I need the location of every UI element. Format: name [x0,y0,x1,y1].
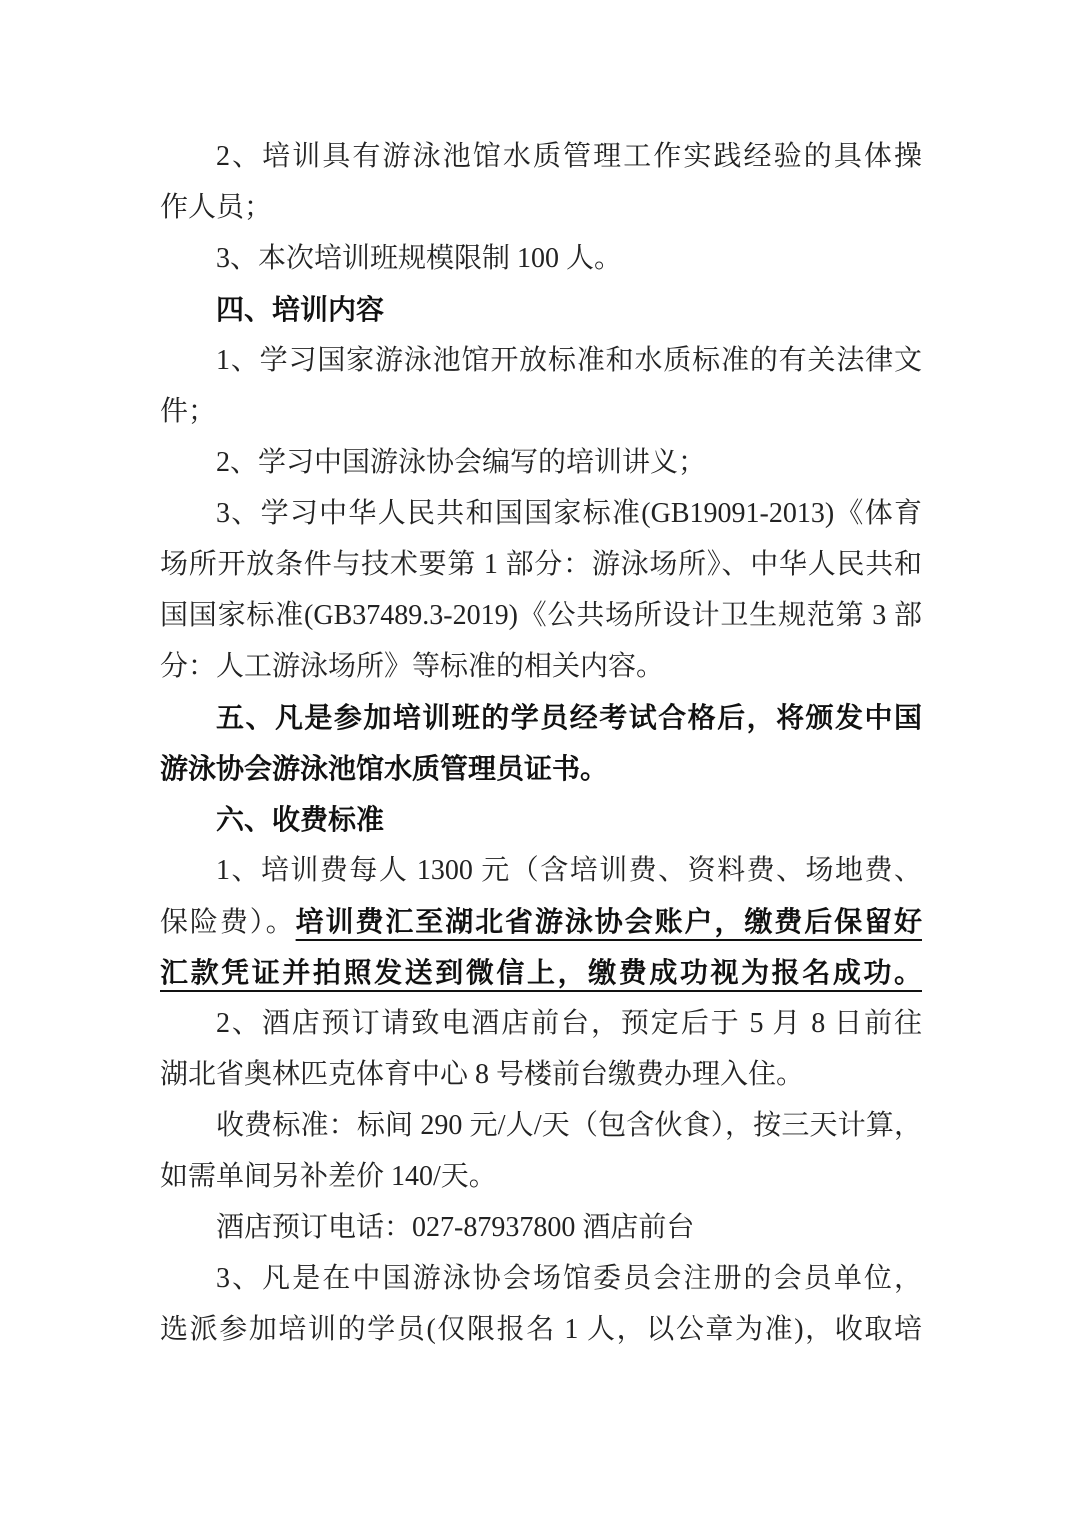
text-segment: 保险费）。 [160,907,296,938]
section-heading-training-content: 四、培训内容 [160,284,922,335]
text-line: 3、学习中华人民共和国国家标准(GB19091-2013)《体育 [160,488,922,539]
text-line: 选派参加培训的学员(仅限报名 1 人，以公章为准)，收取培 [160,1304,922,1355]
document-page: 2、培训具有游泳池馆水质管理工作实践经验的具体操作人员；3、本次培训班规模限制 … [160,131,922,1355]
text-line: 收费标准：标间 290 元/人/天（包含伙食），按三天计算， [160,1100,922,1151]
text-line: 保险费）。培训费汇至湖北省游泳协会账户，缴费后保留好 [160,896,922,947]
text-line: 件； [160,386,922,437]
text-segment: 分：人工游泳场所》等标准的相关内容。 [160,651,664,682]
text-segment: 2、学习中国游泳协会编写的培训讲义； [216,447,706,478]
text-line: 2、酒店预订请致电酒店前台，预定后于 5 月 8 日前往 [160,998,922,1049]
text-segment: 2、培训具有游泳池馆水质管理工作实践经验的具体操 [216,141,922,172]
text-line: 如需单间另补差价 140/天。 [160,1151,922,1202]
text-segment: 3、本次培训班规模限制 100 人。 [216,243,622,274]
text-line: 国国家标准(GB37489.3-2019)《公共场所设计卫生规范第 3 部 [160,590,922,641]
text-segment: 如需单间另补差价 140/天。 [160,1161,497,1192]
text-line: 湖北省奥林匹克体育中心 8 号楼前台缴费办理入住。 [160,1049,922,1100]
text-segment: 国国家标准(GB37489.3-2019)《公共场所设计卫生规范第 3 部 [160,600,922,631]
text-segment: 收费标准：标间 290 元/人/天（包含伙食），按三天计算， [216,1110,922,1141]
text-segment: 选派参加培训的学员(仅限报名 1 人，以公章为准)，收取培 [160,1314,922,1345]
text-line: 2、学习中国游泳协会编写的培训讲义； [160,437,922,488]
text-line: 1、学习国家游泳池馆开放标准和水质标准的有关法律文 [160,335,922,386]
text-line: 3、凡是在中国游泳协会场馆委员会注册的会员单位， [160,1253,922,1304]
underlined-emphasis-text: 培训费汇至湖北省游泳协会账户，缴费后保留好 [296,906,922,937]
text-line: 1、培训费每人 1300 元（含培训费、资料费、场地费、 [160,845,922,896]
text-segment: 场所开放条件与技术要第 1 部分：游泳场所》、中华人民共和 [160,549,922,580]
text-line: 汇款凭证并拍照发送到微信上，缴费成功视为报名成功。 [160,947,922,998]
text-segment: 湖北省奥林匹克体育中心 8 号楼前台缴费办理入住。 [160,1059,804,1090]
text-segment: 四、培训内容 [216,294,384,325]
text-segment: 五、凡是参加培训班的学员经考试合格后，将颁发中国 [216,702,922,733]
text-line: 3、本次培训班规模限制 100 人。 [160,233,922,284]
text-segment: 游泳协会游泳池馆水质管理员证书。 [160,753,608,784]
text-line: 酒店预订电话：027-87937800 酒店前台 [160,1202,922,1253]
section-heading-certificate-cont: 游泳协会游泳池馆水质管理员证书。 [160,743,922,794]
text-segment: 件； [160,396,216,427]
section-heading-fees: 六、收费标准 [160,794,922,845]
text-segment: 1、培训费每人 1300 元（含培训费、资料费、场地费、 [216,855,922,886]
underlined-emphasis-text: 汇款凭证并拍照发送到微信上，缴费成功视为报名成功。 [160,957,922,988]
text-segment: 1、学习国家游泳池馆开放标准和水质标准的有关法律文 [216,345,922,376]
text-line: 分：人工游泳场所》等标准的相关内容。 [160,641,922,692]
section-heading-certificate: 五、凡是参加培训班的学员经考试合格后，将颁发中国 [160,692,922,743]
text-line: 作人员； [160,182,922,233]
text-segment: 3、凡是在中国游泳协会场馆委员会注册的会员单位， [216,1263,922,1294]
text-line: 2、培训具有游泳池馆水质管理工作实践经验的具体操 [160,131,922,182]
text-segment: 作人员； [160,192,272,223]
text-segment: 酒店预订电话：027-87937800 酒店前台 [216,1212,694,1243]
text-line: 场所开放条件与技术要第 1 部分：游泳场所》、中华人民共和 [160,539,922,590]
text-segment: 2、酒店预订请致电酒店前台，预定后于 5 月 8 日前往 [216,1008,922,1039]
text-segment: 3、学习中华人民共和国国家标准(GB19091-2013)《体育 [216,498,922,529]
text-segment: 六、收费标准 [216,804,384,835]
